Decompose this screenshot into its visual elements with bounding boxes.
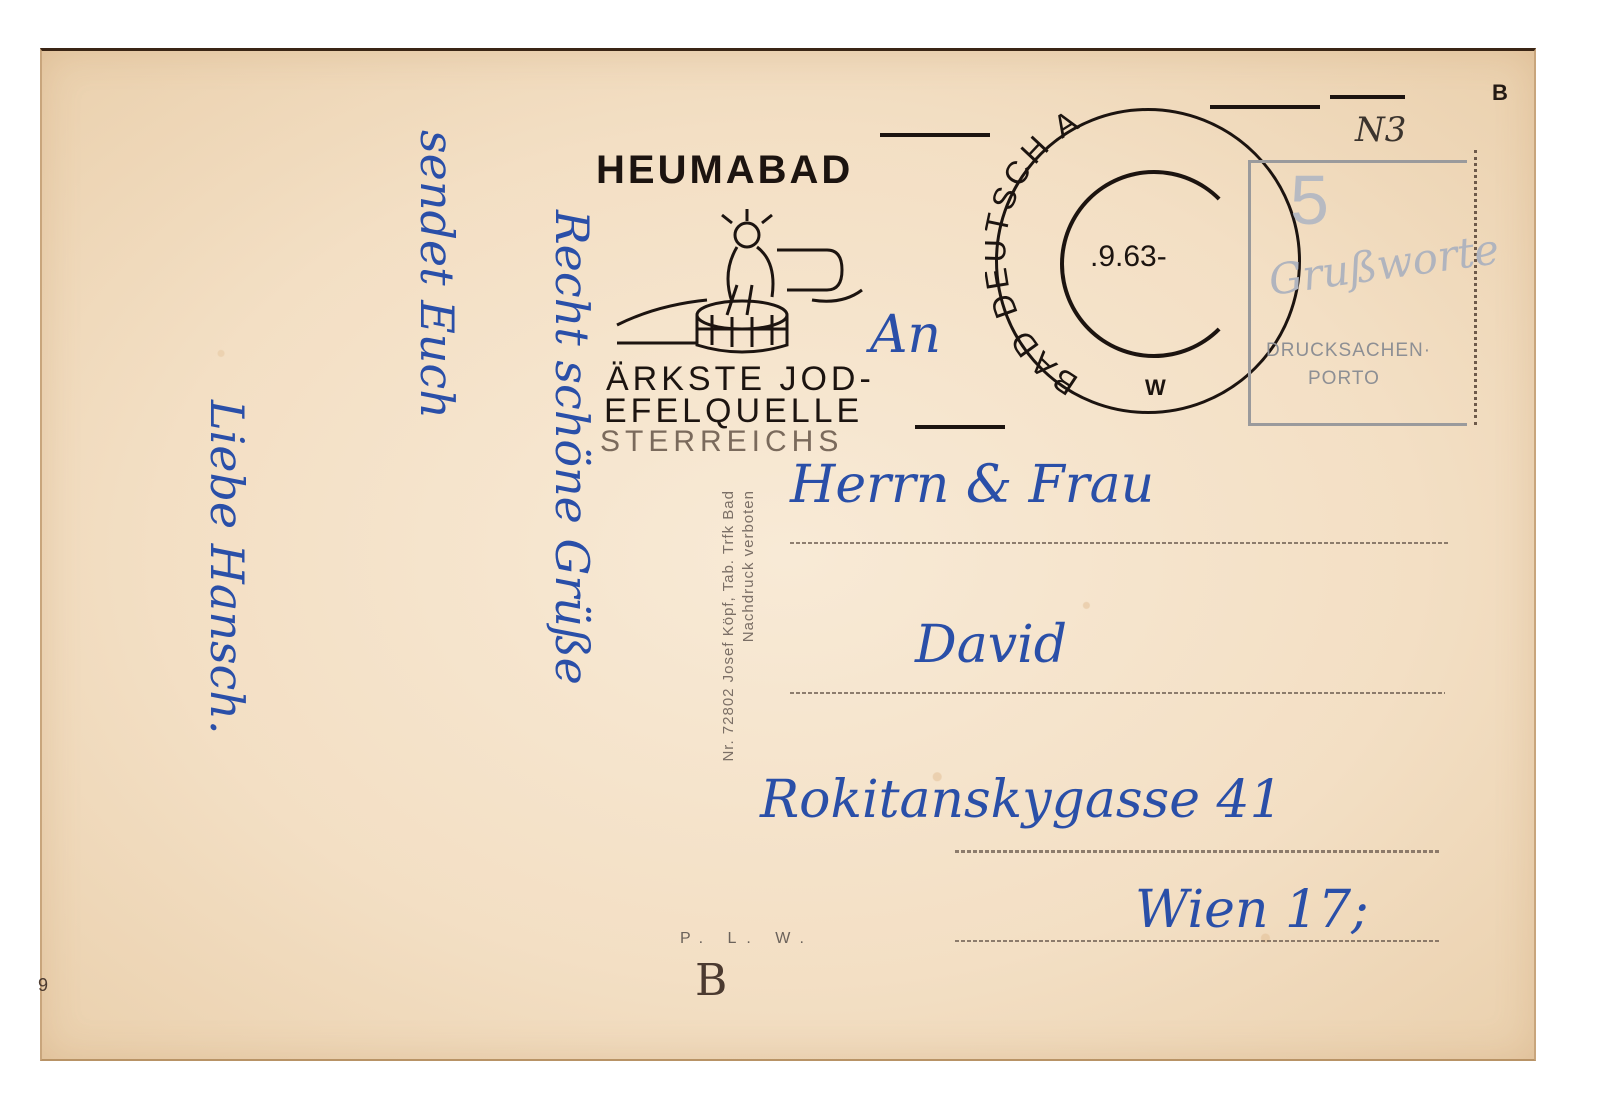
address-line: Wien 17; — [1135, 880, 1369, 940]
corner-mark: B — [1492, 80, 1508, 106]
address-line: David — [915, 615, 1067, 675]
corner-number: 9 — [38, 975, 48, 996]
address-line: Rokitanskygasse 41 — [760, 770, 1283, 830]
postmark-letter: W — [1145, 375, 1166, 401]
svg-text:BAD DEUTSCH A: BAD DEUTSCH A — [985, 101, 1087, 403]
cancel-bar — [915, 425, 1005, 429]
top-mark: N3 — [1355, 110, 1406, 150]
pencil-mark: B — [695, 955, 727, 1006]
stamp-perforation — [1464, 150, 1477, 425]
message-line: Recht schöne Grüße — [545, 210, 599, 685]
printer-info: Nr. 72802 Josef Köpf, Tab. Trfk Bad — [720, 490, 737, 762]
address-rule — [790, 692, 1445, 694]
message-line: Liebe Hansch. — [200, 400, 254, 735]
stamp-label: PORTO — [1308, 368, 1380, 390]
stamp-label: DRUCKSACHEN· — [1266, 340, 1431, 362]
message-line: sendet Euch — [410, 130, 464, 419]
cancel-bar — [880, 133, 990, 137]
postmark-slogan-line: STERREICHS — [600, 425, 843, 459]
postmark-slogan-title: HEUMABAD — [596, 148, 853, 193]
address-rule — [955, 940, 1440, 942]
printer-initials: P. L. W. — [680, 930, 814, 948]
stamp-value: 5 — [1290, 160, 1329, 240]
printer-info: Nachdruck verboten — [740, 490, 757, 642]
woman-at-well-icon — [612, 205, 872, 365]
address-salutation: An — [870, 305, 941, 365]
postmark-date: .9.63- — [1090, 240, 1167, 274]
address-rule — [955, 850, 1440, 853]
cancel-bar — [1330, 95, 1405, 99]
address-rule — [790, 542, 1450, 544]
address-line: Herrn & Frau — [790, 455, 1154, 515]
